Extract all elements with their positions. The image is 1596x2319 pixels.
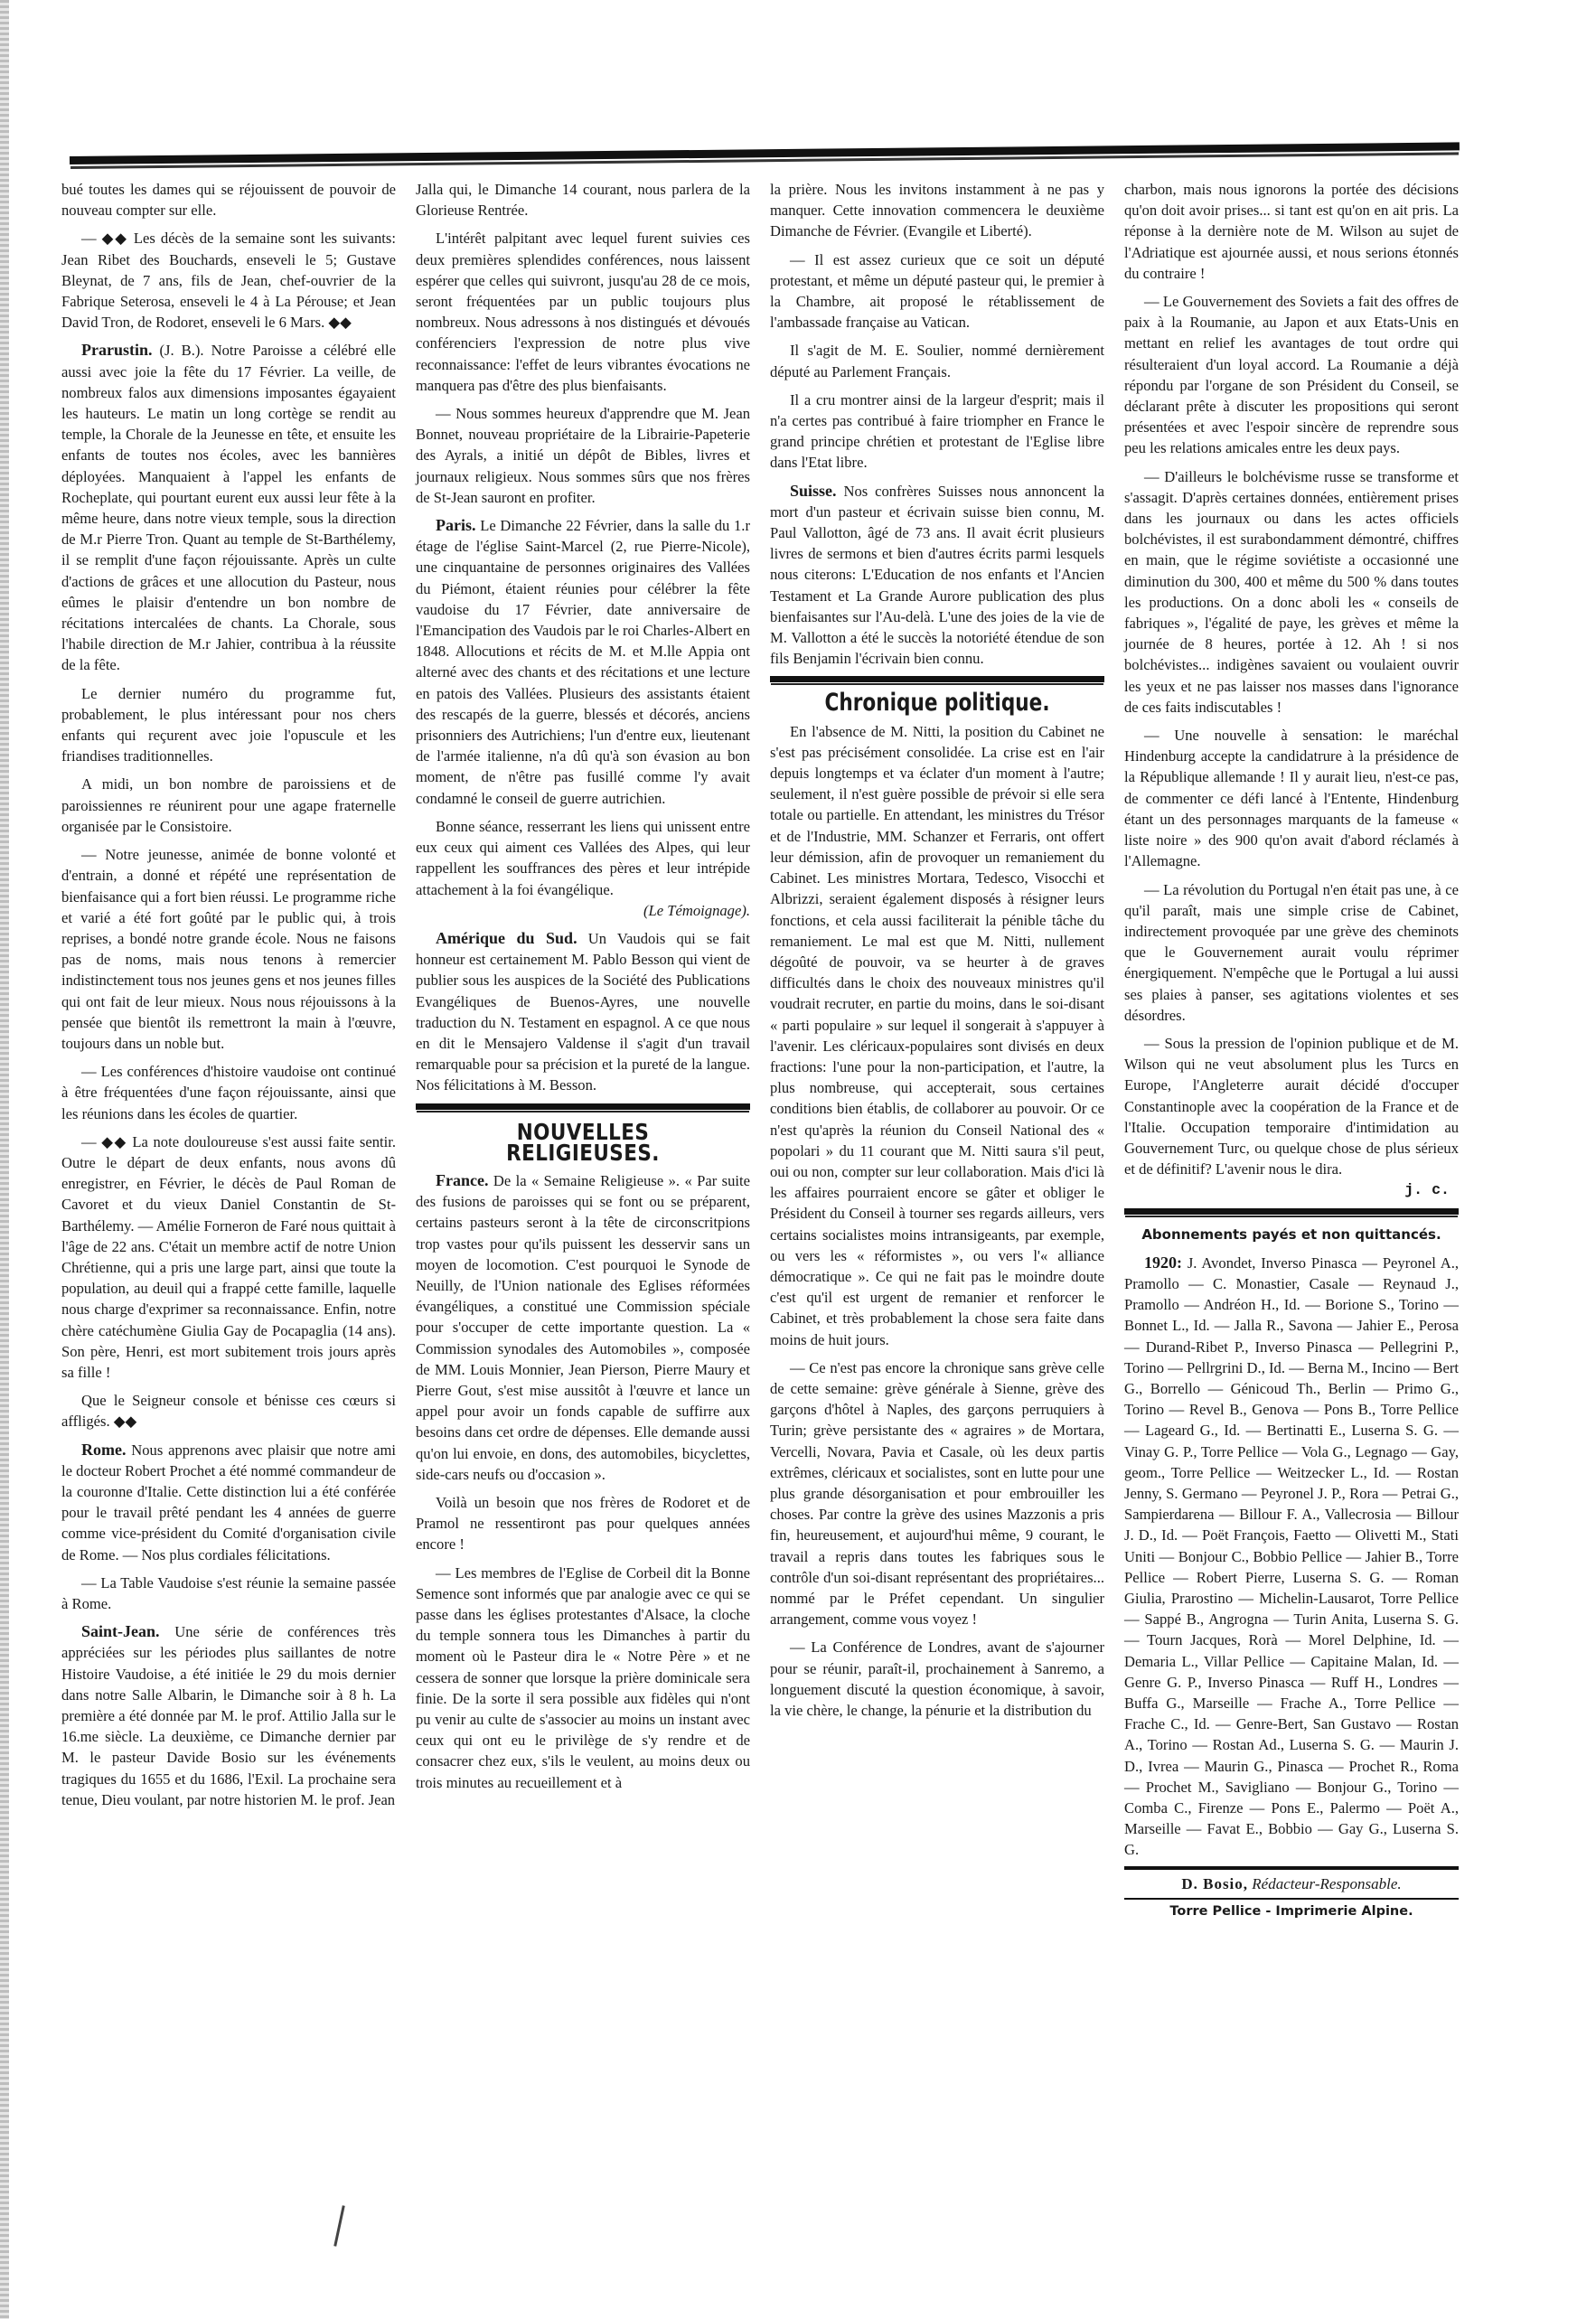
subscriptions-year: 1920: [1144, 1253, 1182, 1272]
source-attribution: (Le Témoignage). [416, 900, 750, 921]
footer-divider [1124, 1866, 1459, 1870]
paragraph: — Les conférences d'histoire vaudoise on… [61, 1061, 396, 1124]
article-body: Le Dimanche 22 Février, dans la salle du… [416, 517, 750, 807]
article-body: De la « Semaine Religieuse ». « Par suit… [416, 1172, 750, 1483]
paragraph: Jalla qui, le Dimanche 14 courant, nous … [416, 179, 750, 221]
editor-name: D. Bosio, [1181, 1875, 1248, 1892]
article-rome: Rome. Nous apprenons avec plaisir que no… [61, 1440, 396, 1565]
printer-credit: Torre Pellice - Imprimerie Alpine. [1124, 1898, 1459, 1922]
article-heading: Amérique du Sud. [436, 929, 577, 947]
article-body: Nous apprenons avec plaisir que notre am… [61, 1441, 396, 1563]
article-heading: Prarustin. [81, 341, 153, 359]
header-double-rule [70, 142, 1460, 166]
section-divider [416, 1103, 750, 1111]
paragraph: charbon, mais nous ignorons la portée de… [1124, 179, 1459, 284]
paragraph: — Nous sommes heureux d'apprendre que M.… [416, 403, 750, 508]
paragraph: — La Table Vaudoise s'est réunie la sema… [61, 1573, 396, 1614]
article-body: Un Vaudois qui se fait honneur est certa… [416, 930, 750, 1094]
article-heading: Rome. [81, 1441, 126, 1459]
paragraph: Il s'agit de M. E. Soulier, nommé derniè… [770, 340, 1104, 381]
article-suisse: Suisse. Nos confrères Suisses nous annon… [770, 481, 1104, 670]
article-prarustin: Prarustin. (J. B.). Notre Paroisse a cél… [61, 340, 396, 675]
section-divider [1124, 1208, 1459, 1216]
paragraph-hindenburg: — Une nouvelle à sensation: le maréchal … [1124, 725, 1459, 871]
column-1: bué toutes les dames qui se réjouissent … [61, 179, 396, 1810]
paragraph-conference-londres: — La Conférence de Londres, avant de s'a… [770, 1637, 1104, 1721]
paragraph: Le dernier numéro du programme fut, prob… [61, 683, 396, 767]
article-heading: Saint-Jean. [81, 1622, 160, 1640]
paragraph-portugal: — La révolution du Portugal n'en était p… [1124, 879, 1459, 1026]
article-saint-jean: Saint-Jean. Une série de conférences trè… [61, 1621, 396, 1810]
article-amerique-du-sud: Amérique du Sud. Un Vaudois qui se fait … [416, 928, 750, 1096]
scanned-page-edge [0, 0, 9, 2319]
subscriptions-list: 1920: J. Avondet, Inverso Pinasca — Peyr… [1124, 1253, 1459, 1861]
section-title-nouvelles-religieuses: NOUVELLES RELIGIEUSES. [439, 1122, 727, 1163]
paragraph-cabinet: En l'absence de M. Nitti, la position du… [770, 721, 1104, 1350]
article-france: France. De la « Semaine Religieuse ». « … [416, 1170, 750, 1485]
paragraph-deaths: — ◆◆ Les décès de la semaine sont les su… [61, 228, 396, 333]
article-body: Une série de conférences très appréciées… [61, 1623, 396, 1808]
paragraph-constantinople: — Sous la pression de l'opinion publique… [1124, 1033, 1459, 1179]
author-signature: j. c. [1124, 1179, 1459, 1200]
paragraph-bolchevisme: — D'ailleurs le bolchévisme russe se tra… [1124, 466, 1459, 718]
paragraph-obituary: — ◆◆ La note douloureuse s'est aussi fai… [61, 1131, 396, 1383]
scan-artifact-mark [333, 2205, 344, 2247]
article-body: Nos confrères Suisses nous annoncent la … [770, 483, 1104, 668]
section-title-chronique-politique: Chronique politique. [803, 692, 1071, 713]
section-divider [770, 676, 1104, 683]
paragraph: — Notre jeunesse, animée de bonne volont… [61, 844, 396, 1054]
paragraph: Voilà un besoin que nos frères de Rodore… [416, 1492, 750, 1555]
paragraph: Que le Seigneur console et bénisse ces c… [61, 1390, 396, 1432]
article-heading: France. [436, 1171, 488, 1189]
column-3: la prière. Nous les invitons instamment … [770, 179, 1104, 1721]
paragraph: Bonne séance, resserrant les liens qui u… [416, 816, 750, 900]
article-heading: Paris. [436, 516, 476, 534]
paragraph: Il a cru montrer ainsi de la largeur d'e… [770, 390, 1104, 474]
column-2: Jalla qui, le Dimanche 14 courant, nous … [416, 179, 750, 1793]
editor-credit: D. Bosio, Rédacteur-Responsable. [1124, 1873, 1459, 1894]
paragraph: L'intérêt palpitant avec lequel furent s… [416, 228, 750, 396]
column-4: charbon, mais nous ignorons la portée de… [1124, 179, 1459, 1922]
paragraph: la prière. Nous les invitons instamment … [770, 179, 1104, 242]
article-paris: Paris. Le Dimanche 22 Février, dans la s… [416, 515, 750, 809]
subscriptions-names: J. Avondet, Inverso Pinasca — Peyronel A… [1124, 1254, 1459, 1859]
subscriptions-title: Abonnements payés et non quittancés. [1124, 1225, 1459, 1245]
newspaper-columns: bué toutes les dames qui se réjouissent … [61, 179, 1471, 2149]
paragraph: A midi, un bon nombre de paroissiens et … [61, 774, 396, 837]
editor-role: Rédacteur-Responsable. [1252, 1875, 1401, 1892]
paragraph-greve: — Ce n'est pas encore la chronique sans … [770, 1357, 1104, 1630]
paragraph-soviets: — Le Gouvernement des Soviets a fait des… [1124, 291, 1459, 459]
paragraph: — Les membres de l'Eglise de Corbeil dit… [416, 1563, 750, 1793]
paragraph: bué toutes les dames qui se réjouissent … [61, 179, 396, 221]
paragraph: — Il est assez curieux que ce soit un dé… [770, 249, 1104, 333]
article-body: (J. B.). Notre Paroisse a célébré elle a… [61, 342, 396, 673]
article-heading: Suisse. [790, 482, 837, 500]
